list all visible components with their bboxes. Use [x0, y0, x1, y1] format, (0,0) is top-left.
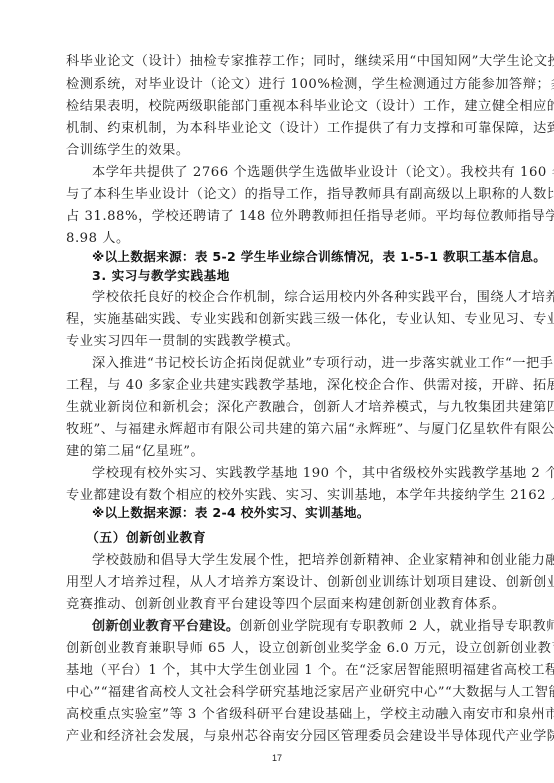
paragraph-line: 占 31.88%，学校还聘请了 148 位外聘教师担任指导老师。平均每位教师指导… — [66, 209, 489, 225]
paragraph-line: 高校重点实验室”等 3 个省级科研平台建设基础上，学校主动融入南安市和泉州市支柱 — [66, 707, 489, 723]
paragraph-line: 8.98 人。 — [66, 231, 489, 247]
paragraph-line: 用型人才培养过程，从人才培养方案设计、创新创业训练计划项目建设、创新创业计划 — [66, 575, 489, 591]
paragraph-line: 中心”“福建省高校人文社会科学研究基地泛家居产业研究中心”“大数据与人工智能省 — [66, 685, 489, 701]
bold-lead-in: 创新创业教育平台建设。 — [92, 619, 239, 634]
data-source-note: ※以上数据来源：表 2-4 校外实习、实训基地。 — [92, 505, 515, 521]
paragraph-line: 本学年共提供了 2766 个选题供学生选做毕业设计（论文）。我校共有 160 名… — [92, 165, 489, 181]
paragraph-line: 检测系统，对毕业设计（论文）进行 100%检测，学生检测通过方能参加答辩；多重抽 — [66, 77, 489, 93]
paragraph-line: 科毕业论文（设计）抽检专家推荐工作；同时，继续采用“中国知网”大学生论文抄袭 — [66, 54, 489, 70]
paragraph-text: 创新创业学院现有专职教师 2 人，就业指导专职教师 4 人， — [239, 619, 554, 634]
paragraph-line: 生就业新岗位和新机会；深化产教融合，创新人才培养模式，与九牧集团共建第四届“九 — [66, 400, 489, 416]
paragraph-line: 建的第二届“亿星班”。 — [66, 444, 489, 460]
paragraph-line: 专业都建设有数个相应的校外实践、实习、实训基地，本学年共接纳学生 2162 人次… — [66, 488, 489, 504]
paragraph-line: 创新创业教育平台建设。创新创业学院现有专职教师 2 人，就业指导专职教师 4 人… — [92, 619, 489, 635]
section-heading: 3. 实习与教学实践基地 — [92, 268, 515, 284]
paragraph-line: 创新创业教育兼职导师 65 人，设立创新创业奖学金 6.0 万元，设立创新创业教… — [66, 641, 489, 657]
paragraph-line: 工程，与 40 多家企业共建实践教学基地，深化校企合作、供需对接，开辟、拓展毕业 — [66, 378, 489, 394]
paragraph-line: 牧班”、与福建永辉超市有限公司共建的第六届“永辉班”、与厦门亿星软件有限公司共 — [66, 422, 489, 438]
paragraph-line: 学校依托良好的校企合作机制，综合运用校内外各种实践平台，围绕人才培养全过 — [92, 290, 489, 306]
section-heading: （五）创新创业教育 — [86, 531, 509, 547]
paragraph-line: 程，实施基础实践、专业实践和创新实践三级一体化，专业认知、专业见习、专业调查、 — [66, 312, 489, 328]
document-page: 科毕业论文（设计）抽检专家推荐工作；同时，继续采用“中国知网”大学生论文抄袭 检… — [0, 0, 554, 783]
data-source-note: ※以上数据来源：表 5-2 学生毕业综合训练情况，表 1-5-1 教职工基本信息… — [92, 249, 515, 265]
paragraph-line: 与了本科生毕业设计（论文）的指导工作，指导教师具有副高级以上职称的人数比例约 — [66, 187, 489, 203]
paragraph-line: 合训练学生的效果。 — [66, 143, 489, 159]
page-number: 17 — [0, 753, 554, 763]
paragraph-line: 竞赛推动、创新创业教育平台建设等四个层面来构建创新创业教育体系。 — [66, 597, 489, 613]
paragraph-line: 深入推进“书记校长访企拓岗促就业”专项行动，进一步落实就业工作“一把手” — [92, 356, 489, 372]
paragraph-line: 学校鼓励和倡导大学生发展个性，把培养创新精神、企业家精神和创业能力融入应 — [92, 553, 489, 569]
paragraph-line: 机制、约束机制，为本科毕业论文（设计）工作提供了有力支撑和可靠保障，达到了综 — [66, 121, 489, 137]
paragraph-line: 专业实习四年一贯制的实践教学模式。 — [66, 334, 489, 350]
paragraph-line: 产业和经济社会发展，与泉州芯谷南安分园区管理委员会建设半导体现代产业学院。同 — [66, 729, 489, 745]
paragraph-line: 检结果表明，校院两级职能部门重视本科毕业论文（设计）工作，建立健全相应的激励 — [66, 99, 489, 115]
paragraph-line: 学校现有校外实习、实践教学基地 190 个，其中省级校外实践教学基地 2 个，每… — [92, 466, 489, 482]
paragraph-line: 基地（平台）1 个，其中大学生创业园 1 个。在“泛家居智能照明福建省高校工程研… — [66, 663, 489, 679]
